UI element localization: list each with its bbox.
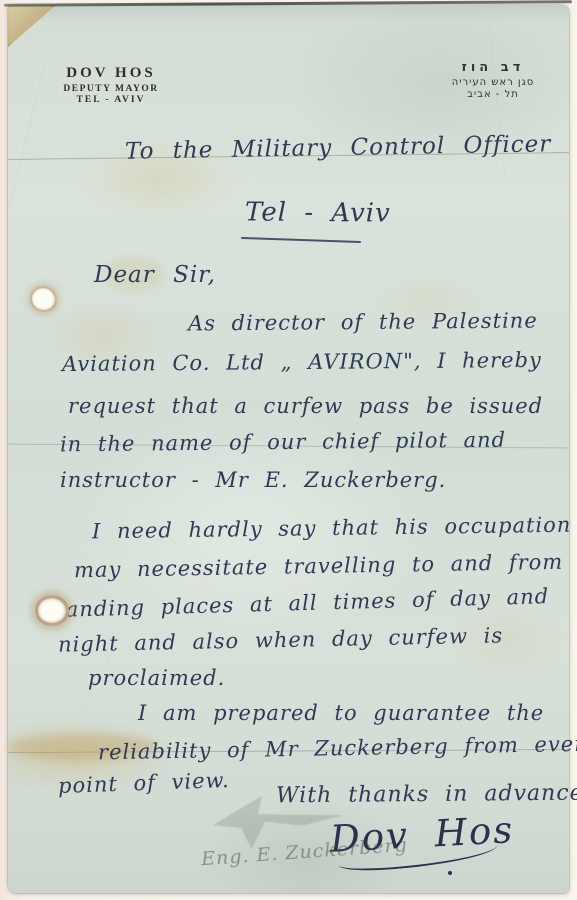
body-line: As director of the Palestine	[188, 308, 538, 335]
body-line: I need hardly say that his occupation	[92, 513, 572, 544]
body-line: instructor - Mr E. Zuckerberg.	[60, 468, 446, 492]
body-line: may necessitate travelling to and from	[74, 550, 564, 583]
tel-aviv-underline	[241, 237, 361, 243]
body-line: reliability of Mr Zuckerberg from every	[98, 732, 577, 765]
recipient-line: To the Military Control Officer	[125, 131, 552, 164]
punch-hole-top	[30, 286, 57, 312]
body-line: landing places at all times of day and	[58, 584, 550, 622]
letterhead-city-hebrew: תל - אביב	[433, 89, 553, 100]
letterhead-city: TEL - AVIV	[56, 95, 166, 105]
body-line: Aviation Co. Ltd „ AVIRON", I hereby	[62, 348, 542, 376]
letterhead-hebrew: דב הוז סגן ראש העיריה תל - אביב	[433, 60, 553, 100]
recipient-city: Tel - Aviv	[245, 197, 391, 228]
scanned-letter: DOV HOS DEPUTY MAYOR TEL - AVIV דב הוז ס…	[0, 0, 577, 900]
body-line: proclaimed.	[88, 666, 225, 690]
folded-corner	[8, 5, 56, 47]
body-line: I am prepared to guarantee the	[138, 701, 544, 725]
signature-dot	[448, 871, 452, 875]
letter-paper: DOV HOS DEPUTY MAYOR TEL - AVIV דב הוז ס…	[8, 5, 569, 893]
body-line: in the name of our chief pilot and	[60, 428, 506, 457]
letterhead-english: DOV HOS DEPUTY MAYOR TEL - AVIV	[56, 65, 166, 105]
body-line: night and also when day curfew is	[58, 623, 504, 656]
letterhead-title: DEPUTY MAYOR	[56, 84, 166, 94]
letterhead-name: DOV HOS	[56, 65, 166, 82]
letterhead-name-hebrew: דב הוז	[433, 60, 553, 75]
body-line: request that a curfew pass be issued	[68, 394, 543, 418]
body-line: point of view.	[58, 768, 230, 798]
closing-line: With thanks in advance	[276, 781, 577, 809]
letterhead-title-hebrew: סגן ראש העיריה	[433, 77, 553, 88]
crease-line	[8, 62, 46, 208]
salutation-line: Dear Sir,	[94, 262, 216, 288]
